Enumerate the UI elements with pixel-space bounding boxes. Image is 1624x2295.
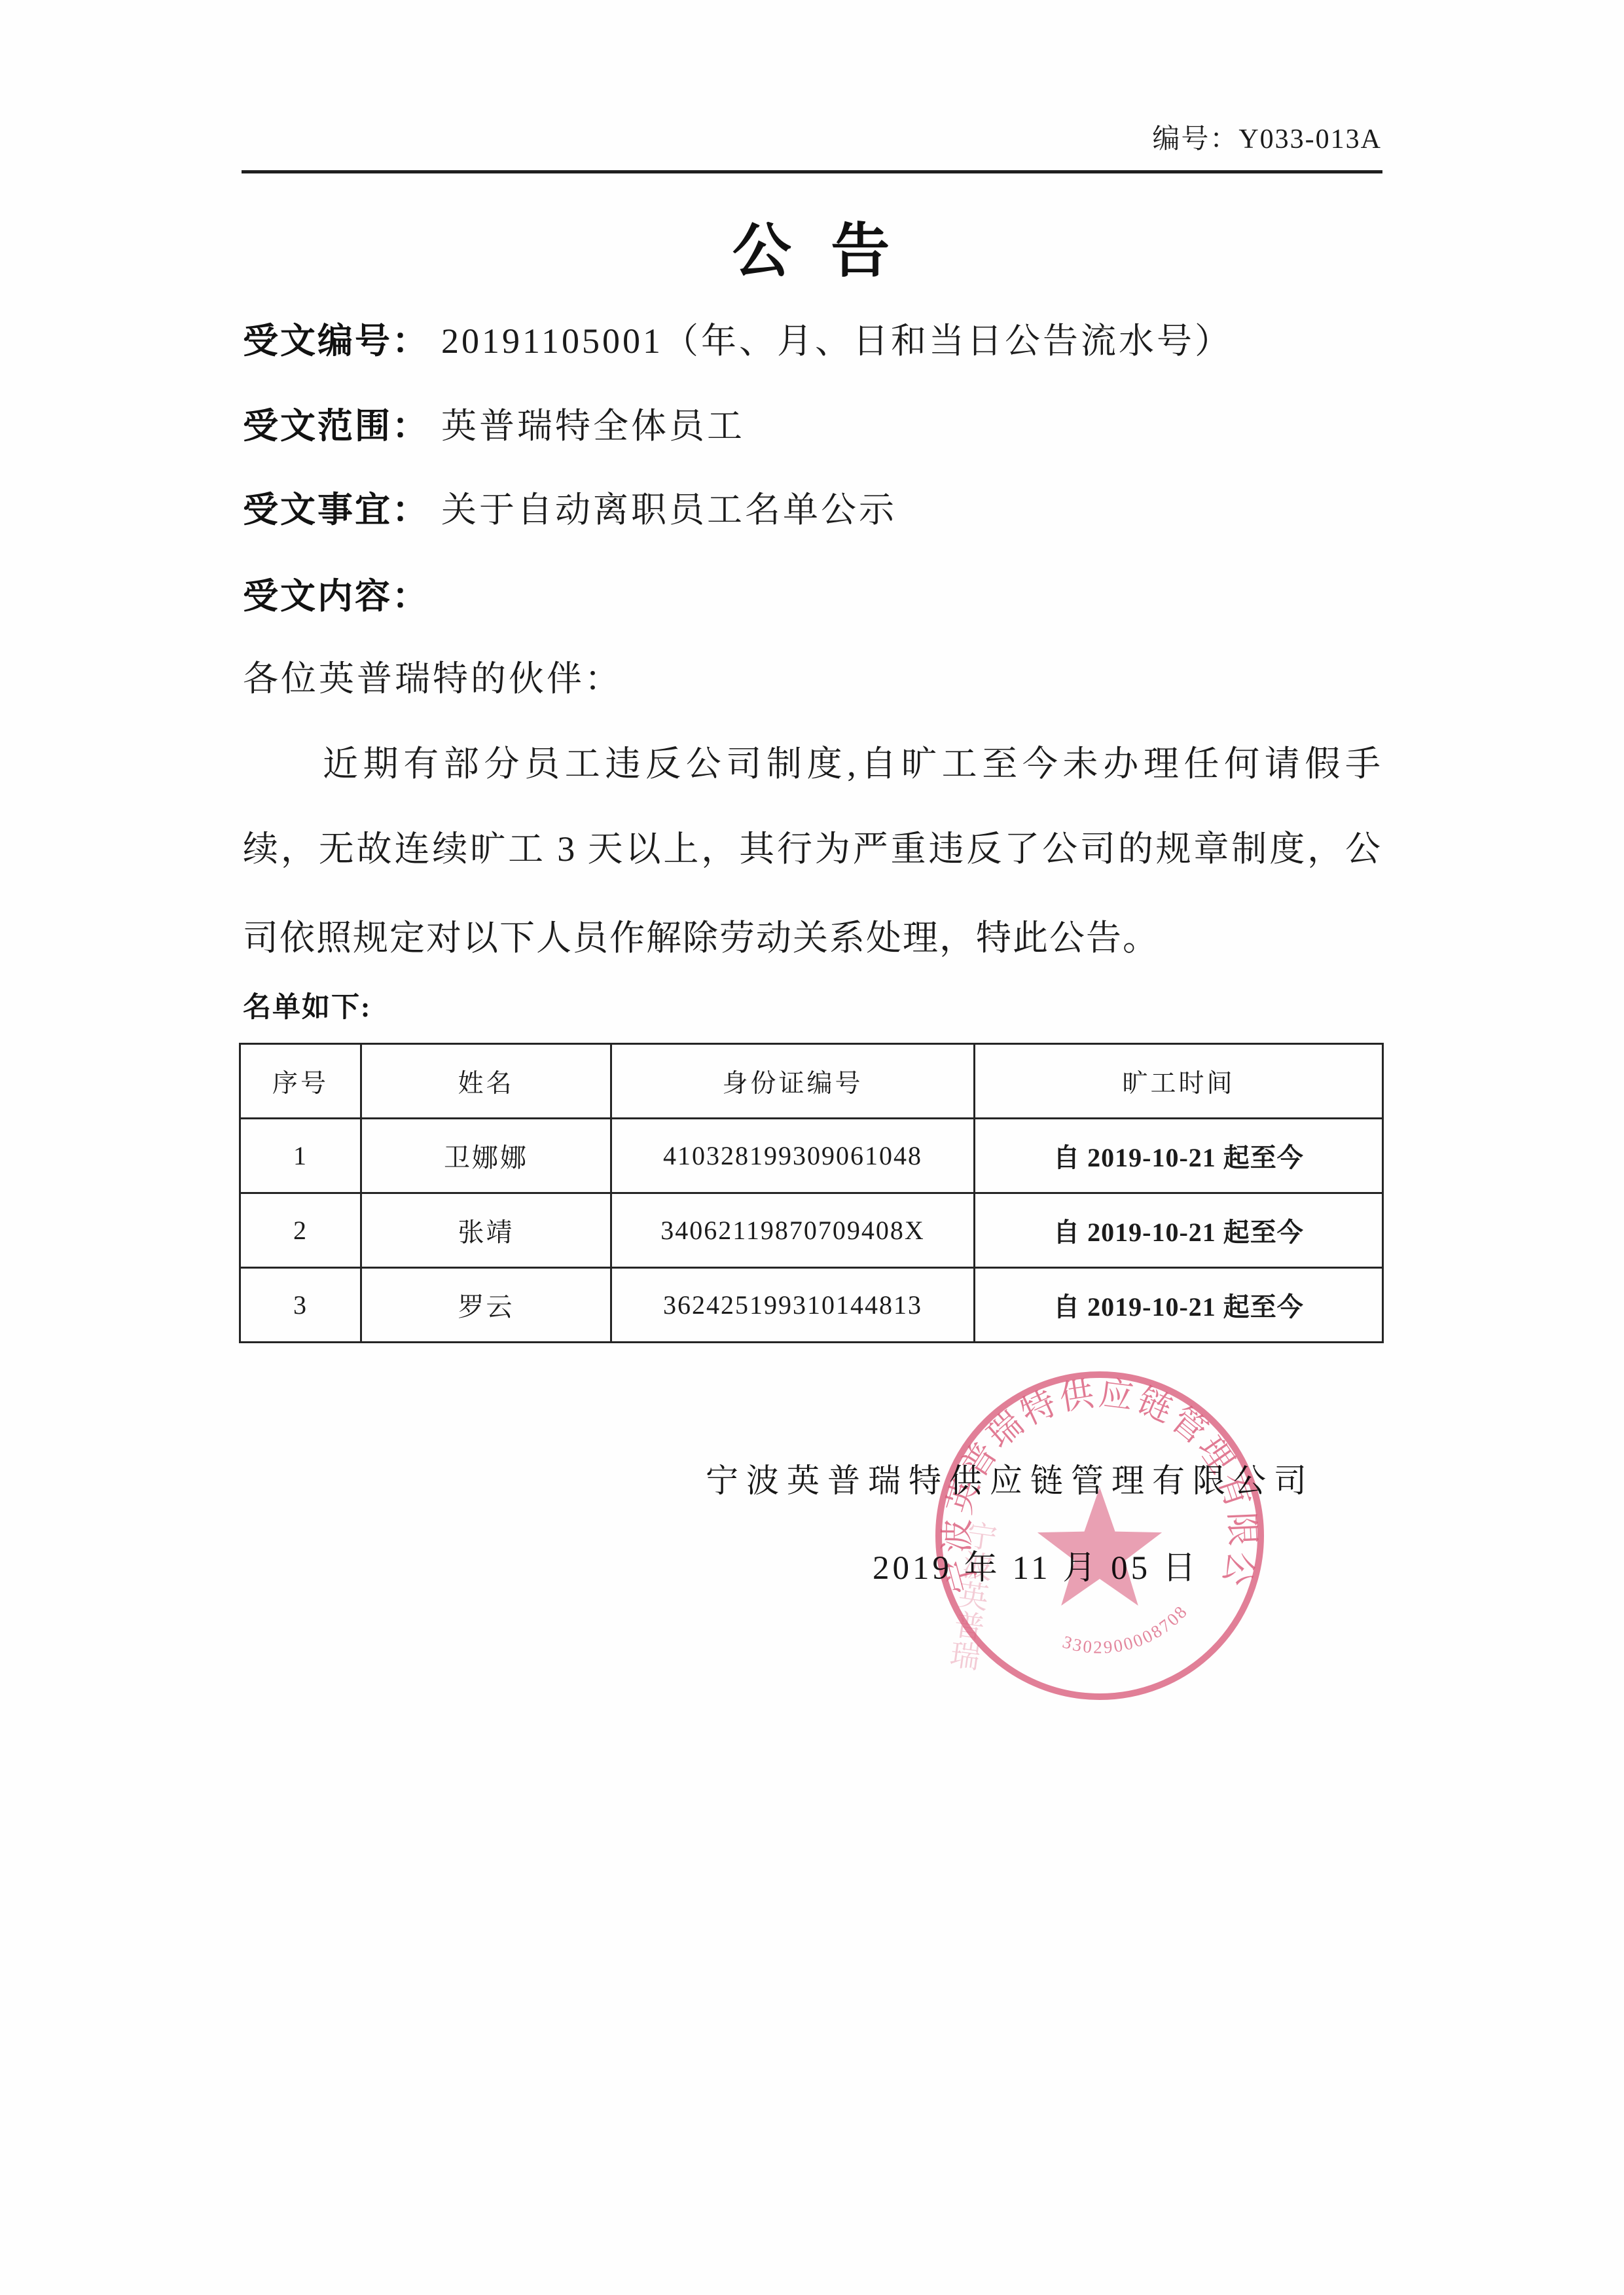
body-paragraph-line-2: 续，无故连续旷工 3 天以上，其行为严重违反了公司的规章制度，公: [243, 831, 1382, 867]
cell-id-number: 34062119870709408X: [611, 1193, 975, 1268]
table-row: 3 罗云 362425199310144813 自 2019-10-21 起至今: [240, 1268, 1383, 1343]
table-row: 1 卫娜娜 410328199309061048 自 2019-10-21 起至…: [240, 1119, 1383, 1193]
cell-seq: 2: [240, 1193, 361, 1268]
body-paragraph-line-1: 近期有部分员工违反公司制度,自旷工至今未办理任何请假手: [243, 746, 1382, 782]
list-intro: 名单如下:: [243, 994, 371, 1022]
table-header-row: 序号 姓名 身份证编号 旷工时间: [240, 1044, 1383, 1119]
dismissal-table: 序号 姓名 身份证编号 旷工时间 1 卫娜娜 41032819930906104…: [239, 1043, 1384, 1343]
cell-absence-period: 自 2019-10-21 起至今: [975, 1193, 1383, 1268]
cell-name: 卫娜娜: [361, 1119, 611, 1193]
meta-scope-label: 受文范围：: [243, 407, 429, 446]
body-paragraph-line-3: 司依照规定对以下人员作解除劳动关系处理，特此公告。: [243, 920, 1382, 956]
company-seal-stamp: 宁波英普瑞特供应链管理有限公司 3302900008708 宁波英普瑞: [931, 1367, 1269, 1705]
cell-name: 张靖: [361, 1193, 611, 1268]
cell-name: 罗云: [361, 1268, 611, 1343]
meta-scope-value: 英普瑞特全体员工: [441, 407, 745, 446]
announcement-page: 编号：Y033-013A 公 告 受文编号：20191105001（年、月、日和…: [0, 0, 1624, 2295]
cell-seq: 3: [240, 1268, 361, 1343]
cell-absence-period: 自 2019-10-21 起至今: [975, 1119, 1383, 1193]
header-id-number: 身份证编号: [611, 1044, 975, 1119]
cell-id-number: 410328199309061048: [611, 1119, 975, 1193]
meta-doc-number-label: 受文编号：: [243, 321, 429, 361]
page-title: 公 告: [243, 223, 1382, 281]
document-code: 编号：Y033-013A: [243, 126, 1382, 153]
meta-doc-number: 受文编号：20191105001（年、月、日和当日公告流水号）: [243, 323, 1382, 359]
seal-star-icon: [1038, 1487, 1162, 1606]
meta-doc-number-value: 20191105001（年、月、日和当日公告流水号）: [441, 321, 1233, 361]
meta-content: 受文内容：: [243, 579, 1382, 614]
header-divider: [242, 170, 1382, 173]
header-seq: 序号: [240, 1044, 361, 1119]
table-row: 2 张靖 34062119870709408X 自 2019-10-21 起至今: [240, 1193, 1383, 1268]
cell-seq: 1: [240, 1119, 361, 1193]
salutation: 各位英普瑞特的伙伴：: [243, 661, 1382, 696]
meta-scope: 受文范围：英普瑞特全体员工: [243, 408, 1382, 444]
seal-serial-number: 3302900008708: [1060, 1601, 1192, 1657]
meta-content-label: 受文内容：: [243, 577, 429, 616]
meta-subject-label: 受文事宜：: [243, 490, 429, 530]
meta-subject: 受文事宜：关于自动离职员工名单公示: [243, 492, 1382, 528]
header-absence-period: 旷工时间: [975, 1044, 1383, 1119]
cell-absence-period: 自 2019-10-21 起至今: [975, 1268, 1383, 1343]
meta-subject-value: 关于自动离职员工名单公示: [441, 490, 897, 530]
header-name: 姓名: [361, 1044, 611, 1119]
cell-id-number: 362425199310144813: [611, 1268, 975, 1343]
